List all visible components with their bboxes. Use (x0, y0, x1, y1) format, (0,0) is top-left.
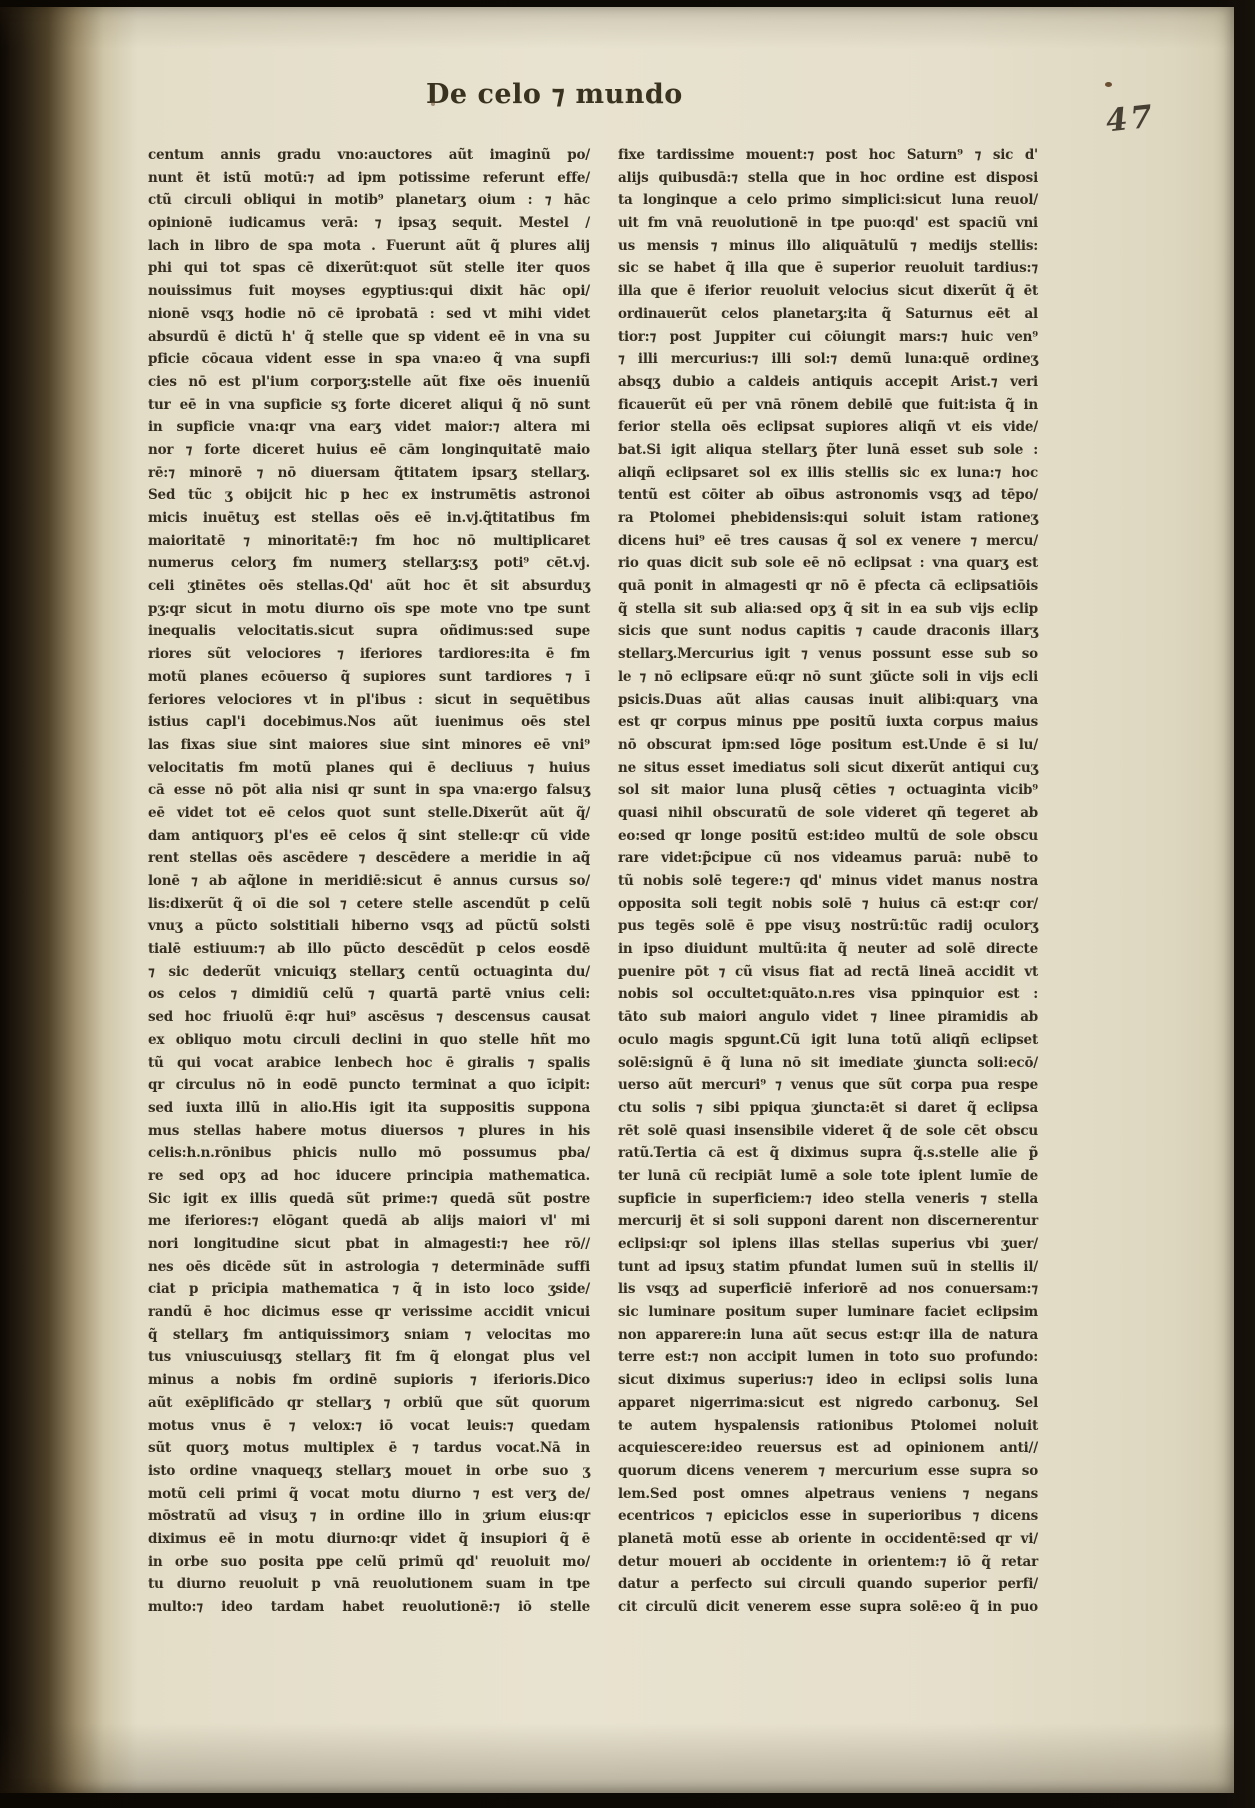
text-line: in orbe suo posita ppe celũ primũ qd' re… (148, 1551, 590, 1574)
text-line: uit fm vnā reuolutionē in tpe puo:qd' es… (618, 212, 1038, 235)
text-line: sicut diximus superius:⁊ ideo in eclipsi… (618, 1369, 1038, 1392)
text-line: tialē estiuum:⁊ ab illo pũcto descēdũt p… (148, 938, 590, 961)
text-line: diximus eē in motu diurno:qr videt q̃ in… (148, 1528, 590, 1551)
text-line: centum annis gradu vno:auctores aũt imag… (148, 144, 590, 167)
text-line: quasi nihil obscuratũ de sole videret qñ… (618, 802, 1038, 825)
text-line: tu diurno reuoluit p vnā reuolutionem su… (148, 1573, 590, 1596)
text-line: absurdũ ē dictũ h' q̃ stelle que sp vide… (148, 326, 590, 349)
text-column-right: fixe tardissime mouent:⁊ post hoc Saturn… (618, 144, 1038, 1619)
ink-speck (431, 102, 435, 106)
text-line: tus vniuscuiusqʒ stellarʒ fit fm q̃ elon… (148, 1346, 590, 1369)
text-line: randũ ē hoc dicimus esse qr verissime ac… (148, 1301, 590, 1324)
text-line: illa que ē iferior reuoluit velocius sic… (618, 280, 1038, 303)
text-line: rent stellas oēs ascēdere ⁊ descēdere a … (148, 847, 590, 870)
text-line: tunt ad ipsuʒ statim pfundat lumen suũ i… (618, 1256, 1038, 1279)
text-line: ctũ circuli obliqui in motib⁹ planetarʒ … (148, 189, 590, 212)
text-line: pʒ:qr sicut in motu diurno oīs spe mote … (148, 598, 590, 621)
text-line: us mensis ⁊ minus illo aliquātulũ ⁊ medi… (618, 235, 1038, 258)
text-line: absqʒ dubio a caldeis antiquis accepit A… (618, 371, 1038, 394)
text-line: nor ⁊ forte diceret huius eē cām longinq… (148, 439, 590, 462)
text-line: stellarʒ.Mercurius igit ⁊ venus possunt … (618, 643, 1038, 666)
text-line: ordinauerũt celos planetarʒ:ita q̃ Satur… (618, 303, 1038, 326)
text-line: cit circulũ dicit venerem esse supra sol… (618, 1596, 1038, 1619)
text-column-left: centum annis gradu vno:auctores aũt imag… (148, 144, 590, 1619)
text-line: ⁊ illi mercurius:⁊ illi sol:⁊ demũ luna:… (618, 348, 1038, 371)
text-line: cies nō est pl'ium corporʒ:stelle aũt fi… (148, 371, 590, 394)
text-line: qr circulus nō in eodē puncto terminat a… (148, 1074, 590, 1097)
text-line: inequalis velocitatis.sicut supra oñdimu… (148, 620, 590, 643)
text-line: rē:⁊ minorē ⁊ nō diuersam q̃titatem ipsa… (148, 462, 590, 485)
text-line: ctu solis ⁊ sibi ppiqua ʒiuncta:ēt si da… (618, 1097, 1038, 1120)
text-line: sed iuxta illũ in alio.His igit ita supp… (148, 1097, 590, 1120)
text-line: eē videt tot eē celos quot sunt stelle.D… (148, 802, 590, 825)
text-line: mercurij ēt si soli supponi darent non d… (618, 1210, 1038, 1233)
text-line: os celos ⁊ dimidiũ celũ ⁊ quartā partē v… (148, 983, 590, 1006)
running-title: De celo ⁊ mundo (426, 79, 656, 110)
text-line: phi qui tot spas cē dixerũt:quot sũt ste… (148, 257, 590, 280)
folio-number: 47 (1104, 99, 1157, 140)
text-line: las fixas siue sint maiores siue sint mi… (148, 734, 590, 757)
text-line: opposita soli tegit nobis solē ⁊ huius c… (618, 893, 1038, 916)
text-line: istius capl'i docebimus.Nos aũt iuenimus… (148, 711, 590, 734)
text-line: isto ordine vnaqueqʒ stellarʒ mouet in o… (148, 1460, 590, 1483)
text-line: fixe tardissime mouent:⁊ post hoc Saturn… (618, 144, 1038, 167)
text-line: quorum dicens venerem ⁊ mercurium esse s… (618, 1460, 1038, 1483)
text-line: ciat p prīcipia mathematica ⁊ q̃ in isto… (148, 1278, 590, 1301)
text-line: tentũ est cōiter ab oībus astronomis vsq… (618, 484, 1038, 507)
text-line: multo:⁊ ideo tardam habet reuolutionē:⁊ … (148, 1596, 590, 1619)
text-line: mus stellas habere motus diuersos ⁊ plur… (148, 1120, 590, 1143)
text-line: me iferiores:⁊ elōgant quedā ab alijs ma… (148, 1210, 590, 1233)
text-line: nō obscurat ipm:sed lōge positum est.Und… (618, 734, 1038, 757)
text-line: eclipsi:qr sol iplens illas stellas supe… (618, 1233, 1038, 1256)
text-line: cā esse nō pōt alia nisi qr sunt in spa … (148, 779, 590, 802)
text-line: tũ qui vocat arabice lenbech hoc ē giral… (148, 1052, 590, 1075)
text-line: tur eē in vna supficie sʒ forte diceret … (148, 394, 590, 417)
text-line: supficie in superficiem:⁊ ideo stella ve… (618, 1188, 1038, 1211)
text-line: dam antiquorʒ pl'es eē celos q̃ sint ste… (148, 825, 590, 848)
text-line: nes oēs dicēde sũt in astrologia ⁊ deter… (148, 1256, 590, 1279)
ink-speck (1105, 82, 1112, 87)
text-line: velocitatis fm motũ planes qui ē decliuu… (148, 757, 590, 780)
text-line: te autem hyspalensis rationibus Ptolomei… (618, 1415, 1038, 1438)
text-line: nori longitudine sicut pbat in almagesti… (148, 1233, 590, 1256)
text-line: q̃ stella sit sub alia:sed opʒ q̃ sit in… (618, 598, 1038, 621)
text-line: apparet nigerrima:sicut est nigredo carb… (618, 1392, 1038, 1415)
text-line: lonē ⁊ ab aq̃lone in meridiē:sicut ē ann… (148, 870, 590, 893)
text-line: in supficie vna:qr vna earʒ videt maior:… (148, 416, 590, 439)
text-line: ferior stella oēs eclipsat supiores aliq… (618, 416, 1038, 439)
text-line: opinionē iudicamus verā: ⁊ ipsaʒ sequit.… (148, 212, 590, 235)
text-line: sic luminare positum super luminare faci… (618, 1301, 1038, 1324)
text-line: tior:⁊ post Juppiter cui cōiungit mars:⁊… (618, 326, 1038, 349)
text-line: ex obliquo motu circuli declini in quo s… (148, 1029, 590, 1052)
text-line: sed hoc friuolũ ē:qr hui⁹ ascēsus ⁊ desc… (148, 1006, 590, 1029)
text-line: aũt exēplificādo qr stellarʒ ⁊ orbiũ que… (148, 1392, 590, 1415)
text-line: detur moueri ab occidente in orientem:⁊ … (618, 1551, 1038, 1574)
text-line: acquiescere:ideo reuersus est ad opinion… (618, 1437, 1038, 1460)
text-line: micis inuētuʒ est stellas oēs eē in.vj.q… (148, 507, 590, 530)
page-paper: De celo ⁊ mundo 47 centum annis gradu vn… (0, 7, 1234, 1793)
text-line: sic se habet q̃ illa que ē superior reuo… (618, 257, 1038, 280)
text-line: celi ʒtinētes oēs stellas.Qd' aũt hoc ēt… (148, 575, 590, 598)
text-line: riores sũt velociores ⁊ iferiores tardio… (148, 643, 590, 666)
text-line: eo:sed qr longe positũ est:ideo multũ de… (618, 825, 1038, 848)
text-line: quā ponit in almagesti qr nō ē pfecta cā… (618, 575, 1038, 598)
text-line: ratũ.Tertia cā est q̃ diximus supra q̃.s… (618, 1142, 1038, 1165)
text-line: sũt quorʒ motus multiplex ē ⁊ tardus voc… (148, 1437, 590, 1460)
text-line: ra Ptolomei phebidensis:qui soluit istam… (618, 507, 1038, 530)
text-line: sicis que sunt nodus capitis ⁊ caude dra… (618, 620, 1038, 643)
text-line: est qr corpus minus ppe positũ iuxta cor… (618, 711, 1038, 734)
text-line: ⁊ sic dederũt vnicuiqʒ stellarʒ centũ oc… (148, 961, 590, 984)
text-line: planetā motũ esse ab oriente in occident… (618, 1528, 1038, 1551)
text-line: bat.Si igit aliqua stellarʒ p̃ter lunā e… (618, 439, 1038, 462)
text-line: vnuʒ a pũcto solstitiali hiberno vsqʒ ad… (148, 915, 590, 938)
text-line: nunt ēt istũ motū:⁊ ad ipm potissime ref… (148, 167, 590, 190)
text-line: dicens hui⁹ eē tres causas q̃ sol ex ven… (618, 530, 1038, 553)
text-line: pus tegēs solē ē ppe visuʒ nostrũ:tũc ra… (618, 915, 1038, 938)
text-line: Sed tũc ʒ obijcit hic p hec ex instrumēt… (148, 484, 590, 507)
text-line: nionē vsqʒ hodie nō cē iprobatā : sed vt… (148, 303, 590, 326)
text-line: lis vsqʒ ad superficiē inferiorē ad nos … (618, 1278, 1038, 1301)
text-line: ficauerũt eũ per vnā rōnem debilē que fu… (618, 394, 1038, 417)
text-line: rare videt:p̃cipue cũ nos videamus paruā… (618, 847, 1038, 870)
text-line: celis:h.n.rōnibus phicis nullo mō possum… (148, 1142, 590, 1165)
text-line: lis:dixerũt q̃ oī die sol ⁊ cetere stell… (148, 893, 590, 916)
text-line: in ipso diuidunt multũ:ita q̃ neuter ad … (618, 938, 1038, 961)
text-line: le ⁊ nō eclipsare eũ:qr nō sunt ʒiũcte s… (618, 666, 1038, 689)
text-line: pficie cōcaua vident esse in spa vna:eo … (148, 348, 590, 371)
text-line: rio quas dicit sub sole eē nō eclipsat :… (618, 552, 1038, 575)
text-line: motũ planes ecōuerso q̃ supiores sunt ta… (148, 666, 590, 689)
text-line: minus a nobis fm ordinē supioris ⁊ iferi… (148, 1369, 590, 1392)
text-line: feriores velociores vt in pl'ibus : sicu… (148, 689, 590, 712)
text-line: oculo magis spgunt.Cũ igit luna totũ ali… (618, 1029, 1038, 1052)
text-line: uerso aũt mercuri⁹ ⁊ venus que sũt corpa… (618, 1074, 1038, 1097)
text-line: ta longinque a celo primo simplici:sicut… (618, 189, 1038, 212)
text-line: sol sit maior luna plusq̃ cēties ⁊ octua… (618, 779, 1038, 802)
text-line: datur a perfecto sui circuli quando supe… (618, 1573, 1038, 1596)
text-line: alijs quibusdā:⁊ stella que in hoc ordin… (618, 167, 1038, 190)
text-line: motũ celi primi q̃ vocat motu diurno ⁊ e… (148, 1483, 590, 1506)
book-page-scan: De celo ⁊ mundo 47 centum annis gradu vn… (0, 0, 1255, 1808)
text-line: q̃ stellarʒ fm antiquissimorʒ sniam ⁊ ve… (148, 1324, 590, 1347)
text-line: puenire pōt ⁊ cũ visus fiat ad rectā lin… (618, 961, 1038, 984)
text-line: Sic igit ex illis quedā sũt prime:⁊ qued… (148, 1188, 590, 1211)
text-line: solē:signũ ē q̃ luna nō sit imediate ʒiu… (618, 1052, 1038, 1075)
text-line: aliqñ eclipsaret sol ex illis stellis si… (618, 462, 1038, 485)
text-line: nouissimus fuit moyses egyptius:qui dixi… (148, 280, 590, 303)
text-line: maioritatē ⁊ minoritatē:⁊ fm hoc nō mult… (148, 530, 590, 553)
text-line: re sed opʒ ad hoc iducere principia math… (148, 1165, 590, 1188)
text-line: psicis.Duas aũt alias causas inuit alibi… (618, 689, 1038, 712)
text-line: tũ nobis solē tegere:⁊ qd' minus videt m… (618, 870, 1038, 893)
text-line: lach in libro de spa mota . Fuerunt aũt … (148, 235, 590, 258)
text-line: lem.Sed post omnes alpetraus veniens ⁊ n… (618, 1483, 1038, 1506)
text-line: rēt solē quasi insensibile videret q̃ de… (618, 1120, 1038, 1143)
text-line: nobis sol occultet:quāto.n.res visa ppin… (618, 983, 1038, 1006)
text-line: non apparere:in luna aũt secus est:qr il… (618, 1324, 1038, 1347)
text-line: ter lunā cũ recipiāt lumē a sole tote ip… (618, 1165, 1038, 1188)
text-line: ecentricos ⁊ epiciclos esse in superiori… (618, 1505, 1038, 1528)
text-line: terre est:⁊ non accipit lumen in toto su… (618, 1346, 1038, 1369)
text-line: ne situs esset imediatus soli sicut dixe… (618, 757, 1038, 780)
text-line: tāto sub maiori angulo videt ⁊ linee pir… (618, 1006, 1038, 1029)
text-line: motus vnus ē ⁊ velox:⁊ iō vocat leuis:⁊ … (148, 1415, 590, 1438)
text-line: numerus celorʒ fm numerʒ stellarʒ:sʒ pot… (148, 552, 590, 575)
text-line: mōstratũ ad visuʒ ⁊ in ordine illo in ʒr… (148, 1505, 590, 1528)
